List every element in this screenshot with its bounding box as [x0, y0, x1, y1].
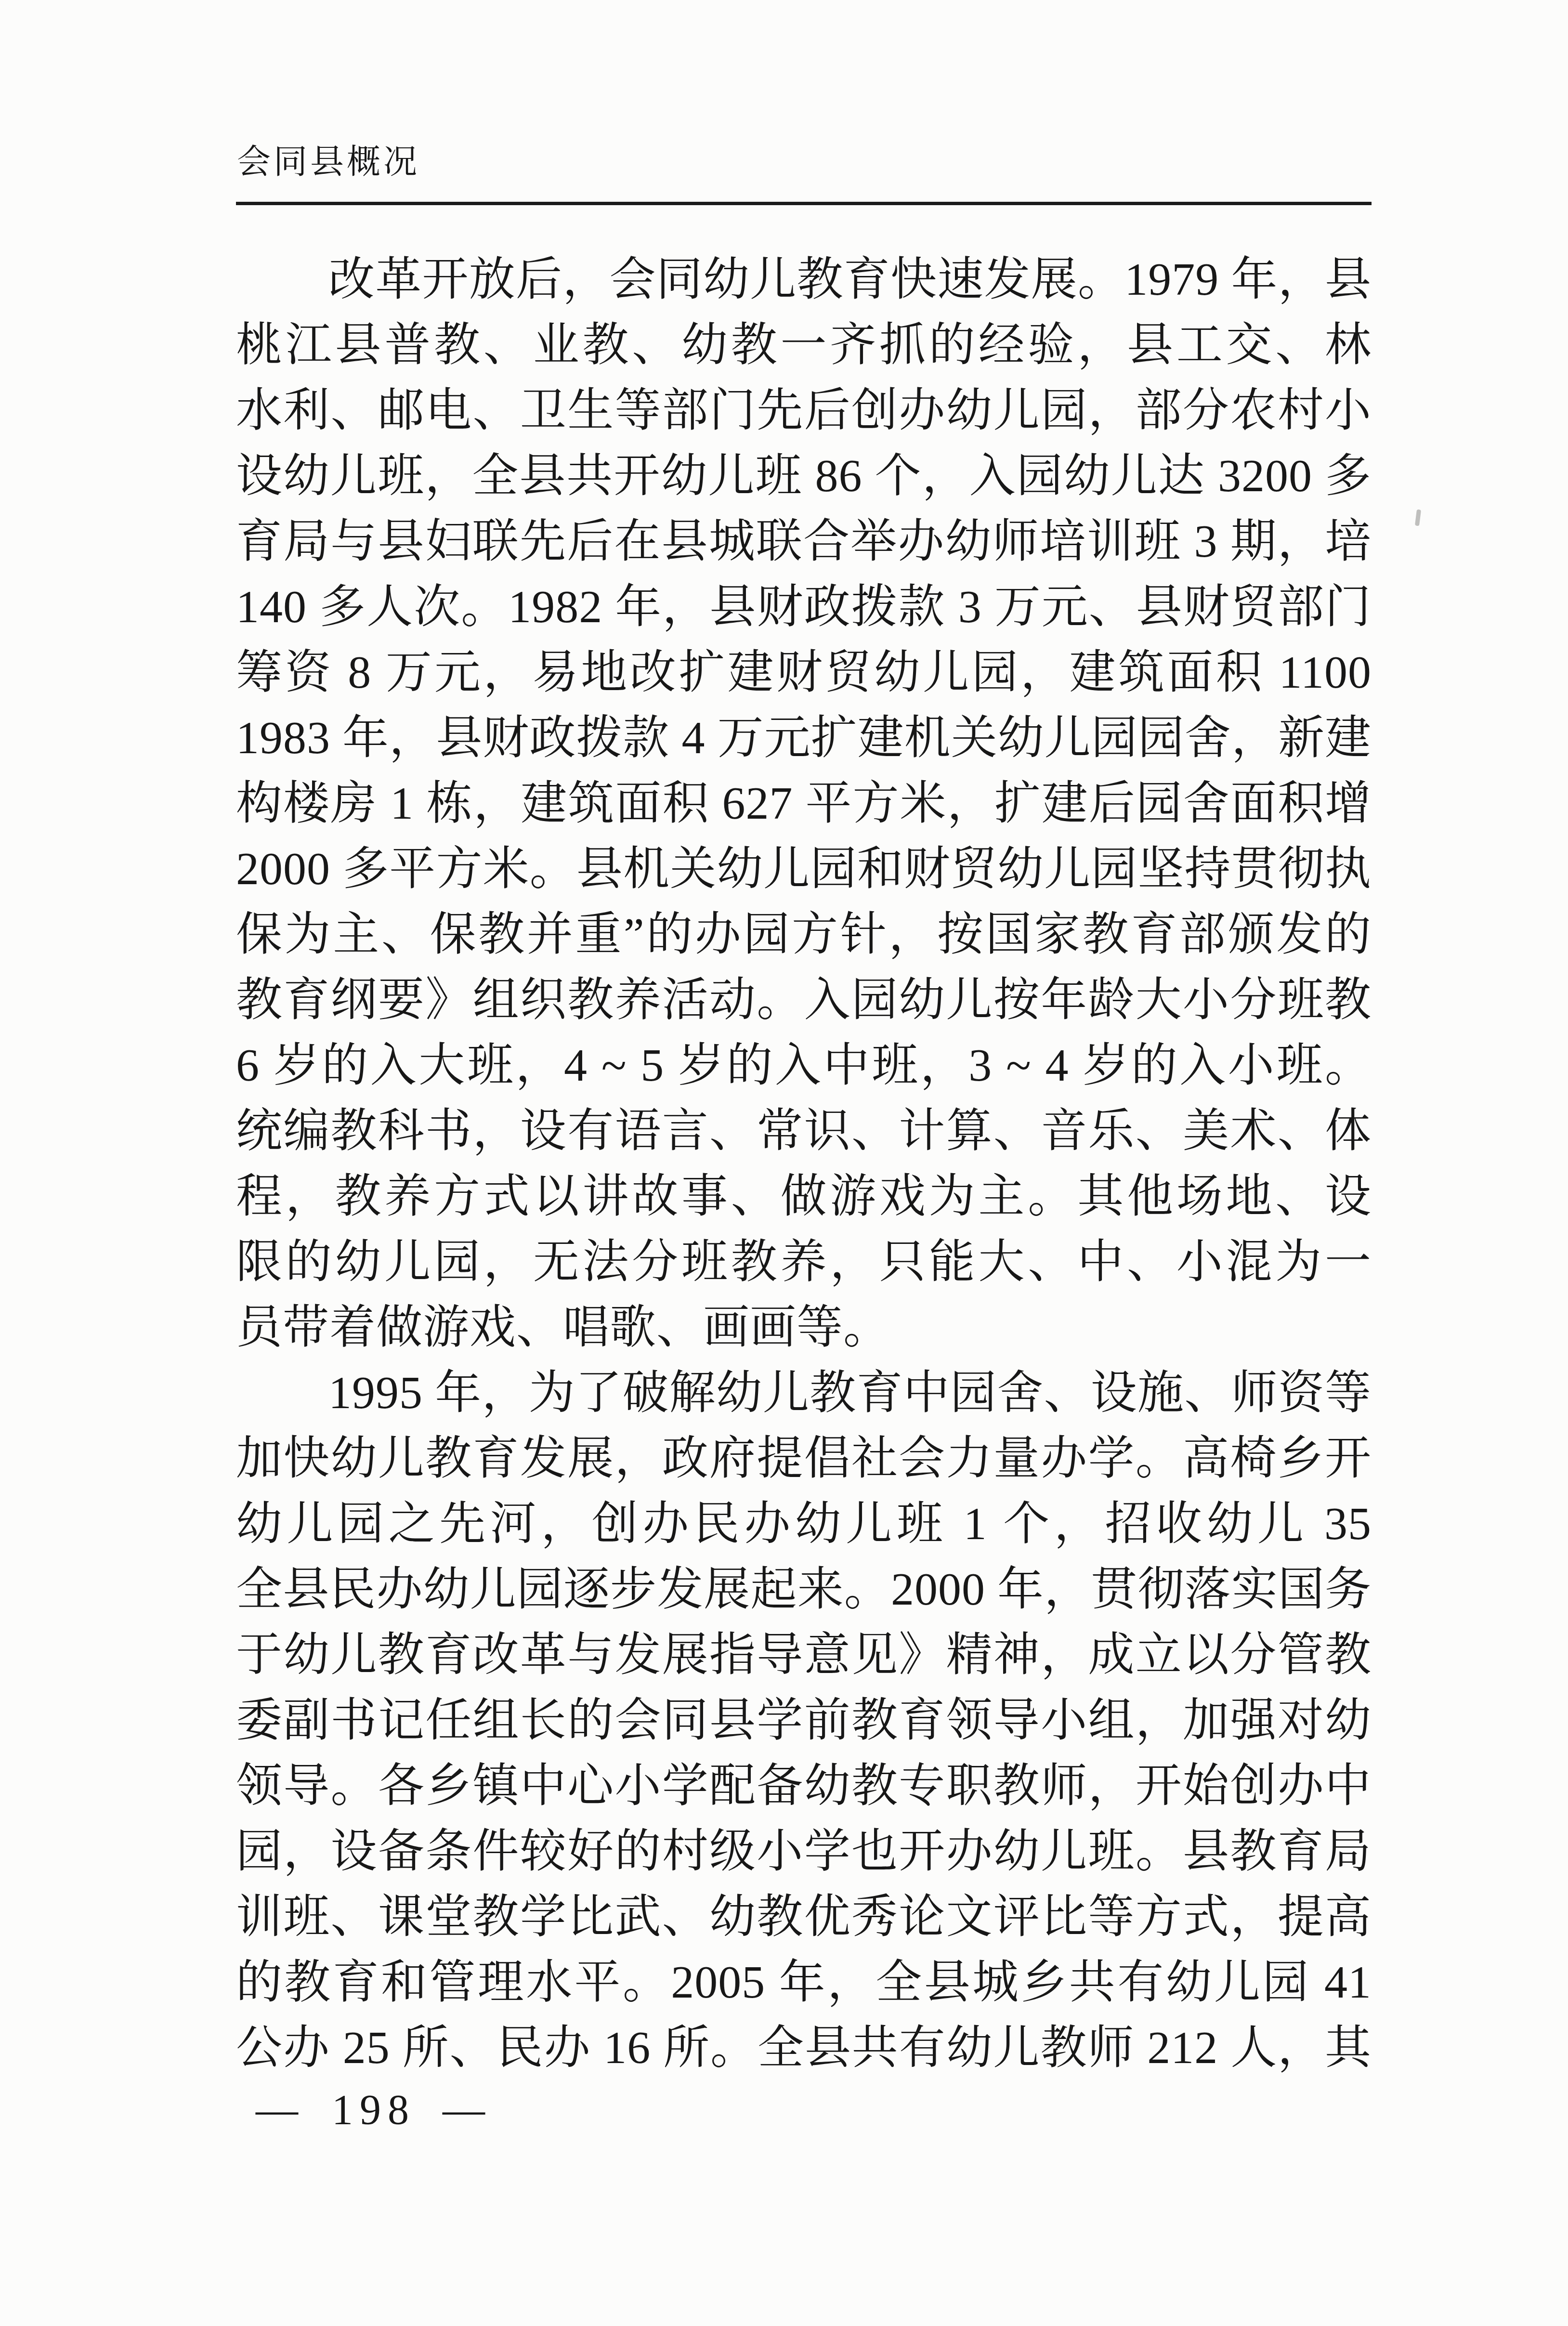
text-line: 训班、课堂教学比武、幼教优秀论文评比等方式，提高幼儿教师 [236, 1884, 1372, 1949]
text-line: 140 多人次。1982 年，县财政拨款 3 万元、县财贸部门各单位共 [236, 574, 1372, 640]
text-line: 幼儿园之先河，创办民办幼儿班 1 个，招收幼儿 35 人，此后， [236, 1491, 1372, 1556]
text-line: 构楼房 1 栋，建筑面积 627 平方米，扩建后园舍面积增加到 [236, 771, 1372, 836]
paragraph: 1995 年，为了破解幼儿教育中园舍、设施、师资等难题，加快幼儿教育发展，政府提… [236, 1360, 1372, 2080]
text-line: 全县民办幼儿园逐步发展起来。2000 年，贯彻落实国务院《关 [236, 1556, 1372, 1622]
text-line: 统编教科书，设有语言、常识、计算、音乐、美术、体育等课 [236, 1098, 1372, 1163]
text-line: 改革开放后，会同幼儿教育快速发展。1979 年，县内推行 [236, 247, 1372, 312]
text-line: 员带着做游戏、唱歌、画画等。 [236, 1294, 1372, 1360]
text-line: 公办 25 所、民办 16 所。全县共有幼儿教师 212 人，其中公办 [236, 2015, 1372, 2080]
header-rule [236, 202, 1372, 205]
text-line: 教育纲要》组织教养活动。入园幼儿按年龄大小分班教养，5 ~ [236, 967, 1372, 1032]
text-line: 委副书记任组长的会同县学前教育领导小组，加强对幼儿教育的 [236, 1687, 1372, 1753]
text-line: 6 岁的入大班，4 ~ 5 岁的入中班，3 ~ 4 岁的入小班。使用全国 [236, 1032, 1372, 1098]
paragraph: 改革开放后，会同幼儿教育快速发展。1979 年，县内推行桃江县普教、业教、幼教一… [236, 247, 1372, 1360]
text-line: 1995 年，为了破解幼儿教育中园舍、设施、师资等难题， [236, 1360, 1372, 1425]
text-line: 筹资 8 万元，易地改扩建财贸幼儿园，建筑面积 1100 平方米。 [236, 640, 1372, 705]
text-line: 1983 年，县财政拨款 4 万元扩建机关幼儿园园舍，新建砖木结 [236, 705, 1372, 771]
text-line: 加快幼儿教育发展，政府提倡社会力量办学。高椅乡开会同民办 [236, 1425, 1372, 1491]
text-line: 育局与县妇联先后在县城联合举办幼师培训班 3 期，培训幼师 [236, 509, 1372, 574]
body-text: 改革开放后，会同幼儿教育快速发展。1979 年，县内推行桃江县普教、业教、幼教一… [236, 247, 1372, 2080]
text-line: 设幼儿班，全县共开幼儿班 86 个，入园幼儿达 3200 多人。县教 [236, 443, 1372, 509]
page-footer: — 198 — [256, 2085, 492, 2135]
book-page: 会同县概况 改革开放后，会同幼儿教育快速发展。1979 年，县内推行桃江县普教、… [0, 0, 1568, 2326]
text-line: 程，教养方式以讲故事、做游戏为主。其他场地、设施、师资有 [236, 1163, 1372, 1229]
text-line: 领导。各乡镇中心小学配备幼教专职教师，开始创办中心幼儿 [236, 1753, 1372, 1818]
text-line: 的教育和管理水平。2005 年，全县城乡共有幼儿园 41 所，其中 [236, 1949, 1372, 2015]
text-line: 保为主、保教并重”的办园方针，按国家教育部颁发的《幼儿 [236, 902, 1372, 967]
text-line: 水利、邮电、卫生等部门先后创办幼儿园，部分农村小学相继附 [236, 378, 1372, 443]
text-line: 限的幼儿园，无法分班教养，只能大、中、小混为一班，由保育 [236, 1229, 1372, 1294]
scan-artifact [1415, 510, 1421, 526]
text-line: 园，设备条件较好的村级小学也开办幼儿班。县教育局采取办培 [236, 1818, 1372, 1884]
running-header-title: 会同县概况 [237, 144, 420, 182]
text-line: 于幼儿教育改革与发展指导意见》精神，成立以分管教育的县 [236, 1622, 1372, 1687]
text-line: 2000 多平方米。县机关幼儿园和财贸幼儿园坚持贯彻执行“以 [236, 836, 1372, 902]
page-number: — 198 — [256, 2087, 492, 2133]
text-line: 桃江县普教、业教、幼教一齐抓的经验，县工交、林业、物资、 [236, 312, 1372, 378]
